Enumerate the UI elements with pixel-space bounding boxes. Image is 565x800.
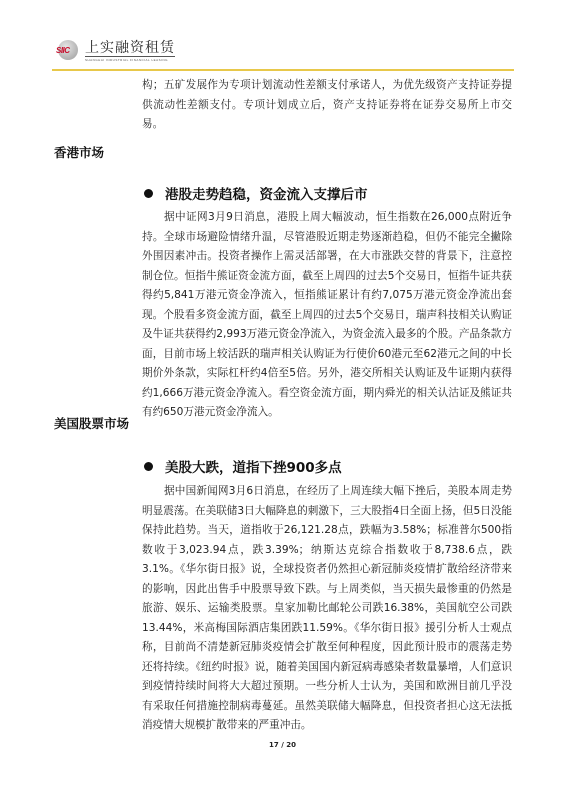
section-title-us: 美国股票市场 [54,414,129,432]
bullet-heading-text: 港股走势趋稳，资金流入支撑后市 [165,183,368,203]
bullet-heading-text: 美股大跌，道指下挫900多点 [165,456,342,476]
company-name-cn: 上实融资租赁 [85,40,175,57]
company-name: 上实融资租赁 SHANGHAI INDUSTRIAL FINANCIAL LEA… [85,40,175,62]
bullet-heading-hk: 港股走势趋稳，资金流入支撑后市 [144,183,368,203]
document-header: SIIC 上实融资租赁 SHANGHAI INDUSTRIAL FINANCIA… [56,38,175,64]
page-number: 17 / 20 [0,741,565,749]
intro-paragraph: 构；五矿发展作为专项计划流动性差额支付承诺人，为优先级资产支持证券提供流动性差额… [142,76,512,135]
company-logo-icon: SIIC [56,40,82,62]
header-divider [52,69,514,71]
bullet-heading-us: 美股大跌，道指下挫900多点 [144,456,342,476]
company-name-en: SHANGHAI INDUSTRIAL FINANCIAL LEASING [85,58,175,62]
hk-body-paragraph: 据中证网3月9日消息，港股上周大幅波动，恒生指数在26,000点附近争持。全球市… [142,208,512,423]
section-title-hk: 香港市场 [54,143,104,161]
bullet-dot-icon [144,189,153,198]
us-body-paragraph: 据中国新闻网3月6日消息，在经历了上周连续大幅下挫后，美股本周走势明显震荡。在美… [142,482,512,736]
bullet-dot-icon [144,462,153,471]
